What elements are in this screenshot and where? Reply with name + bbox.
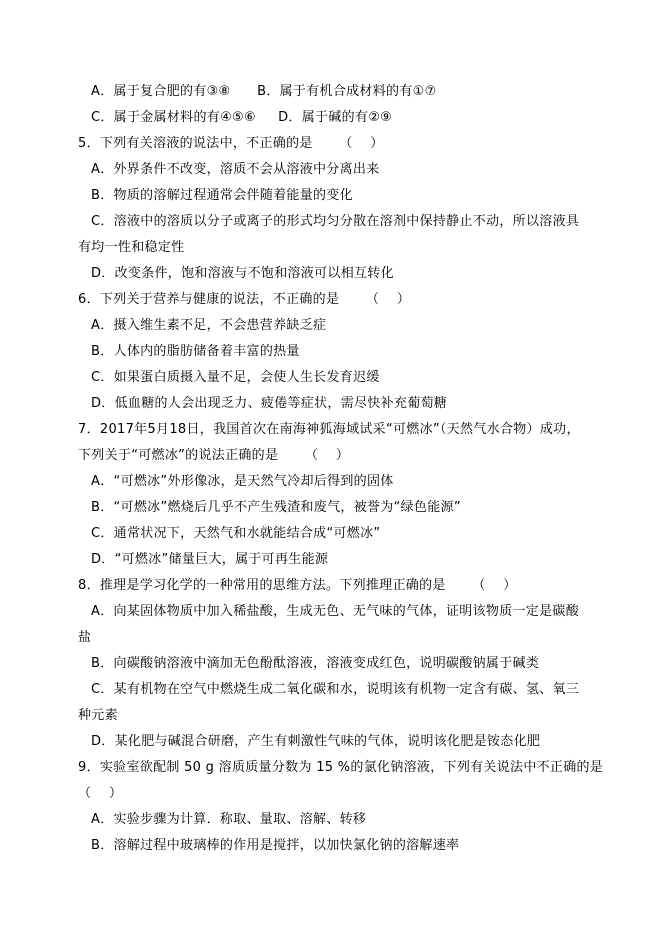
question-9: 9．实验室欲配制 50 g 溶质质量分数为 15 %的氯化钠溶液，下列有关说法中… [78,760,603,776]
q7-option-c: C．通常状况下，天然气和水就能结合成“可燃冰” [91,526,380,542]
q6-option-b: B．人体内的脂肪储备着丰富的热量 [91,344,300,360]
q5-option-b: B．物质的溶解过程通常会伴随着能量的变化 [91,188,353,204]
q8-option-a: A．向某固体物质中加入稀盐酸，生成无色、无气味的气体，证明该物质一定是碳酸 [91,604,579,620]
question-9-cont: （ ） [78,786,122,802]
q8-option-d: D．某化肥与碱混合研磨，产生有刺激性气味的气体，说明该化肥是铵态化肥 [91,734,540,750]
q5-option-d: D．改变条件，饱和溶液与不饱和溶液可以相互转化 [91,266,394,282]
document-page: A．属于复合肥的有③⑧ B．属于有机合成材料的有①⑦ C．属于金属材料的有④⑤⑥… [0,0,661,935]
q5-option-c: C．溶液中的溶质以分子或离子的形式均匀分散在溶剂中保持静止不动，所以溶液具 [91,214,579,230]
q5-option-c-cont: 有均一性和稳定性 [78,240,184,256]
q8-option-b: B．向碳酸钠溶液中滴加无色酚酞溶液，溶液变成红色，说明碳酸钠属于碱类 [91,656,539,672]
q8-option-a-cont: 盐 [78,630,91,646]
question-7: 7．2017年5月18日，我国首次在南海神狐海域试采“可燃冰”（天然气水合物）成… [78,422,580,438]
q7-option-a: A．“可燃冰”外形像冰，是天然气冷却后得到的固体 [91,474,394,490]
q7-option-b: B．“可燃冰”燃烧后几乎不产生残渣和废气，被誉为“绿色能源” [91,500,461,516]
question-5: 5．下列有关溶液的说法中，不正确的是 （ ） [78,136,384,152]
q4-options-ab: A．属于复合肥的有③⑧ B．属于有机合成材料的有①⑦ [91,84,437,100]
q7-option-d: D．“可燃冰”储量巨大，属于可再生能源 [91,552,328,568]
q9-option-a: A．实验步骤为计算．称取、量取、溶解、转移 [91,812,366,828]
q8-option-c: C．某有机物在空气中燃烧生成二氧化碳和水，说明该有机物一定含有碳、氢、氧三 [91,682,579,698]
question-6: 6．下列关于营养与健康的说法，不正确的是 （ ） [78,292,410,308]
q6-option-d: D．低血糖的人会出现乏力、疲倦等症状，需尽快补充葡萄糖 [91,396,447,412]
q6-option-a: A．摄入维生素不足，不会患营养缺乏症 [91,318,326,334]
q9-option-b: B．溶解过程中玻璃棒的作用是搅拌，以加快氯化钠的溶解速率 [91,838,459,854]
question-8: 8．推理是学习化学的一种常用的思维方法。下列推理正确的是 （ ） [78,578,517,594]
q5-option-a: A．外界条件不改变，溶质不会从溶液中分离出来 [91,162,380,178]
q6-option-c: C．如果蛋白质摄入量不足，会使人生长发育迟缓 [91,370,380,386]
q8-option-c-cont: 种元素 [78,708,118,724]
q4-options-cd: C．属于金属材料的有④⑤⑥ D．属于碱的有②⑨ [91,110,392,126]
question-7-cont: 下列关于“可燃冰”的说法正确的是 （ ） [78,448,349,464]
